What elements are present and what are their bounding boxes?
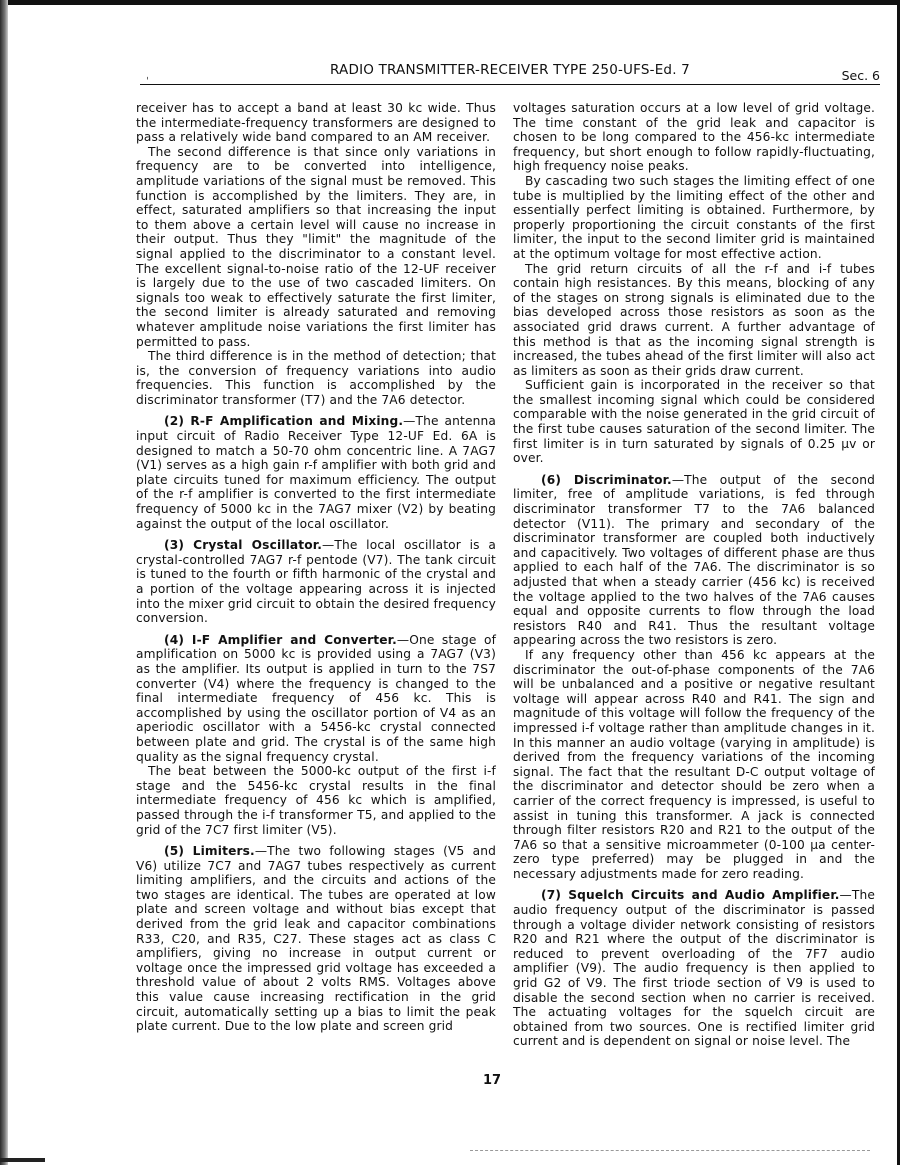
paragraph: The grid return circuits of all the r-f … (513, 262, 875, 379)
subsection-text: —One stage of amplification on 5000 kc i… (136, 633, 496, 764)
footer-scan-line (470, 1150, 870, 1151)
subsection-text: —The two following stages (V5 and V6) ut… (136, 844, 496, 1033)
subsection-crystal-oscillator: (3) Crystal Oscillator.—The local oscill… (136, 538, 496, 626)
page-header: ˌ RADIO TRANSMITTER-RECEIVER TYPE 250-UF… (140, 62, 880, 85)
subsection-squelch-audio: (7) Squelch Circuits and Audio Amplifier… (513, 888, 875, 1049)
subsection-heading: (7) Squelch Circuits and Audio Amplifier… (541, 888, 840, 902)
right-column: voltages saturation occurs at a low leve… (513, 101, 875, 1049)
paragraph: The second difference is that since only… (136, 145, 496, 349)
scan-left-edge (0, 0, 8, 1165)
subsection-limiters: (5) Limiters.—The two following stages (… (136, 844, 496, 1034)
scan-top-edge (0, 0, 900, 5)
paragraph: The third difference is in the method of… (136, 349, 496, 407)
paragraph: voltages saturation occurs at a low leve… (513, 101, 875, 174)
left-column: receiver has to accept a band at least 3… (136, 101, 496, 1034)
paragraph: receiver has to accept a band at least 3… (136, 101, 496, 145)
subsection-if-amplifier: (4) I-F Amplifier and Converter.—One sta… (136, 633, 496, 764)
paragraph: Sufficient gain is incorporated in the r… (513, 378, 875, 466)
page-number: 17 (483, 1073, 501, 1088)
subsection-text: —The antenna input circuit of Radio Rece… (136, 414, 496, 530)
subsection-discriminator: (6) Discriminator.—The output of the sec… (513, 473, 875, 648)
paragraph: If any frequency other than 456 kc appea… (513, 648, 875, 882)
document-title: RADIO TRANSMITTER-RECEIVER TYPE 250-UFS-… (140, 62, 880, 78)
subsection-heading: (4) I-F Amplifier and Converter. (164, 633, 397, 647)
paragraph: By cascading two such stages the limitin… (513, 174, 875, 262)
subsection-heading: (3) Crystal Oscillator. (164, 538, 322, 552)
paragraph: The beat between the 5000-kc output of t… (136, 764, 496, 837)
subsection-text: —The output of the second limiter, free … (513, 473, 875, 648)
subsection-heading: (6) Discriminator. (541, 473, 672, 487)
section-label: Sec. 6 (842, 68, 880, 83)
subsection-rf-amplification: (2) R-F Amplification and Mixing.—The an… (136, 414, 496, 531)
subsection-heading: (2) R-F Amplification and Mixing. (164, 414, 403, 428)
subsection-text: —The audio frequency output of the discr… (513, 888, 875, 1048)
scan-smudge (0, 1158, 45, 1162)
subsection-heading: (5) Limiters. (164, 844, 255, 858)
